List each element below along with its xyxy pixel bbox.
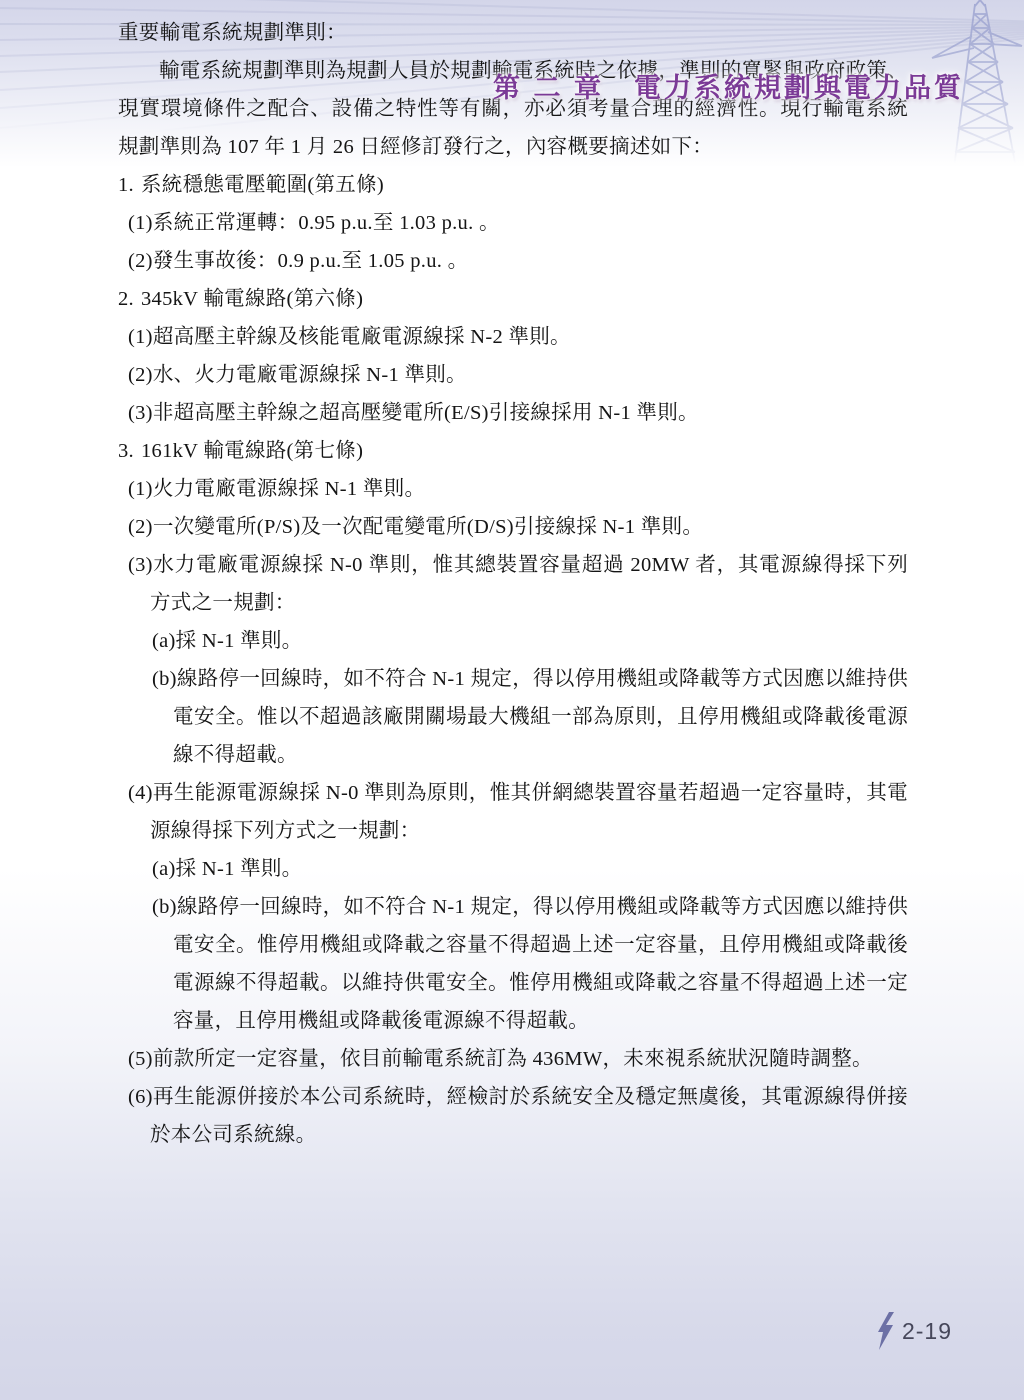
item-text: 發生事故後：0.9 p.u.至 1.05 p.u. 。 xyxy=(153,250,469,272)
list-item: (2)一次變電所(P/S)及一次配電變電所(D/S)引接線採 N-1 準則。 xyxy=(118,508,908,546)
list-item: (2)發生事故後：0.9 p.u.至 1.05 p.u. 。 xyxy=(118,242,908,280)
item-label: (a) xyxy=(152,858,176,880)
item-label: (6) xyxy=(128,1086,153,1108)
item-text: 水、火力電廠電源線採 N-1 準則。 xyxy=(153,364,467,386)
list-subitem: (a)採 N-1 準則。 xyxy=(118,850,908,888)
item-text: 非超高壓主幹線之超高壓變電所(E/S)引接線採用 N-1 準則。 xyxy=(153,402,699,424)
section-number: 2. xyxy=(118,288,134,310)
section-number: 3. xyxy=(118,440,134,462)
item-text: 採 N-1 準則。 xyxy=(176,630,303,652)
section-heading-1: 1.系統穩態電壓範圍(第五條) xyxy=(118,166,908,204)
section-number: 1. xyxy=(118,174,134,196)
item-text: 超高壓主幹線及核能電廠電源線採 N-2 準則。 xyxy=(153,326,571,348)
lightning-bolt-icon xyxy=(875,1312,895,1350)
item-text: 再生能源電源線採 N-0 準則為原則，惟其併網總裝置容量若超過一定容量時，其電源… xyxy=(150,782,908,842)
list-item: (4)再生能源電源線採 N-0 準則為原則，惟其併網總裝置容量若超過一定容量時，… xyxy=(118,774,908,850)
page-number: 2-19 xyxy=(902,1318,952,1345)
list-item: (5)前款所定一定容量，依目前輸電系統訂為 436MW，未來視系統狀況隨時調整。 xyxy=(118,1040,908,1078)
item-label: (1) xyxy=(128,212,153,234)
item-label: (1) xyxy=(128,326,153,348)
item-label: (3) xyxy=(128,554,153,576)
section-heading-3: 3.161kV 輸電線路(第七條) xyxy=(118,432,908,470)
document-page: 第 二 章 電力系統規劃與電力品質 重要輸電系統規劃準則： 輸電系統規劃準則為規… xyxy=(0,0,1024,1400)
item-text: 前款所定一定容量，依目前輸電系統訂為 436MW，未來視系統狀況隨時調整。 xyxy=(153,1048,873,1070)
item-text: 線路停一回線時，如不符合 N-1 規定，得以停用機組或降載等方式因應以維持供電安… xyxy=(173,896,908,1032)
section-title: 系統穩態電壓範圍(第五條) xyxy=(141,174,384,196)
list-item: (2)水、火力電廠電源線採 N-1 準則。 xyxy=(118,356,908,394)
page-footer: 2-19 xyxy=(875,1312,952,1350)
item-text: 採 N-1 準則。 xyxy=(176,858,303,880)
section-heading-2: 2.345kV 輸電線路(第六條) xyxy=(118,280,908,318)
list-item: (3)非超高壓主幹線之超高壓變電所(E/S)引接線採用 N-1 準則。 xyxy=(118,394,908,432)
item-label: (1) xyxy=(128,478,153,500)
item-label: (5) xyxy=(128,1048,153,1070)
item-label: (b) xyxy=(152,896,177,918)
item-label: (b) xyxy=(152,668,177,690)
document-heading: 重要輸電系統規劃準則： xyxy=(118,14,908,52)
item-label: (2) xyxy=(128,250,153,272)
list-item: (1)系統正常運轉：0.95 p.u.至 1.03 p.u. 。 xyxy=(118,204,908,242)
item-label: (3) xyxy=(128,402,153,424)
item-text: 再生能源併接於本公司系統時，經檢討於系統安全及穩定無虞後，其電源線得併接於本公司… xyxy=(150,1086,908,1146)
list-item: (3)水力電廠電源線採 N-0 準則，惟其總裝置容量超過 20MW 者，其電源線… xyxy=(118,546,908,622)
item-text: 線路停一回線時，如不符合 N-1 規定，得以停用機組或降載等方式因應以維持供電安… xyxy=(173,668,908,766)
list-item: (1)超高壓主幹線及核能電廠電源線採 N-2 準則。 xyxy=(118,318,908,356)
item-label: (2) xyxy=(128,516,153,538)
item-text: 系統正常運轉：0.95 p.u.至 1.03 p.u. 。 xyxy=(153,212,500,234)
list-item: (1)火力電廠電源線採 N-1 準則。 xyxy=(118,470,908,508)
item-text: 一次變電所(P/S)及一次配電變電所(D/S)引接線採 N-1 準則。 xyxy=(153,516,703,538)
section-title: 345kV 輸電線路(第六條) xyxy=(141,288,363,310)
document-content: 重要輸電系統規劃準則： 輸電系統規劃準則為規劃人員於規劃輸電系統時之依據，準則的… xyxy=(0,0,1024,1154)
list-subitem: (b)線路停一回線時，如不符合 N-1 規定，得以停用機組或降載等方式因應以維持… xyxy=(118,660,908,774)
item-text: 水力電廠電源線採 N-0 準則，惟其總裝置容量超過 20MW 者，其電源線得採下… xyxy=(150,554,908,614)
item-label: (a) xyxy=(152,630,176,652)
item-label: (4) xyxy=(128,782,153,804)
item-text: 火力電廠電源線採 N-1 準則。 xyxy=(153,478,425,500)
list-item: (6)再生能源併接於本公司系統時，經檢討於系統安全及穩定無虞後，其電源線得併接於… xyxy=(118,1078,908,1154)
list-subitem: (a)採 N-1 準則。 xyxy=(118,622,908,660)
list-subitem: (b)線路停一回線時，如不符合 N-1 規定，得以停用機組或降載等方式因應以維持… xyxy=(118,888,908,1040)
section-title: 161kV 輸電線路(第七條) xyxy=(141,440,363,462)
item-label: (2) xyxy=(128,364,153,386)
chapter-title: 第 二 章 電力系統規劃與電力品質 xyxy=(493,66,964,105)
